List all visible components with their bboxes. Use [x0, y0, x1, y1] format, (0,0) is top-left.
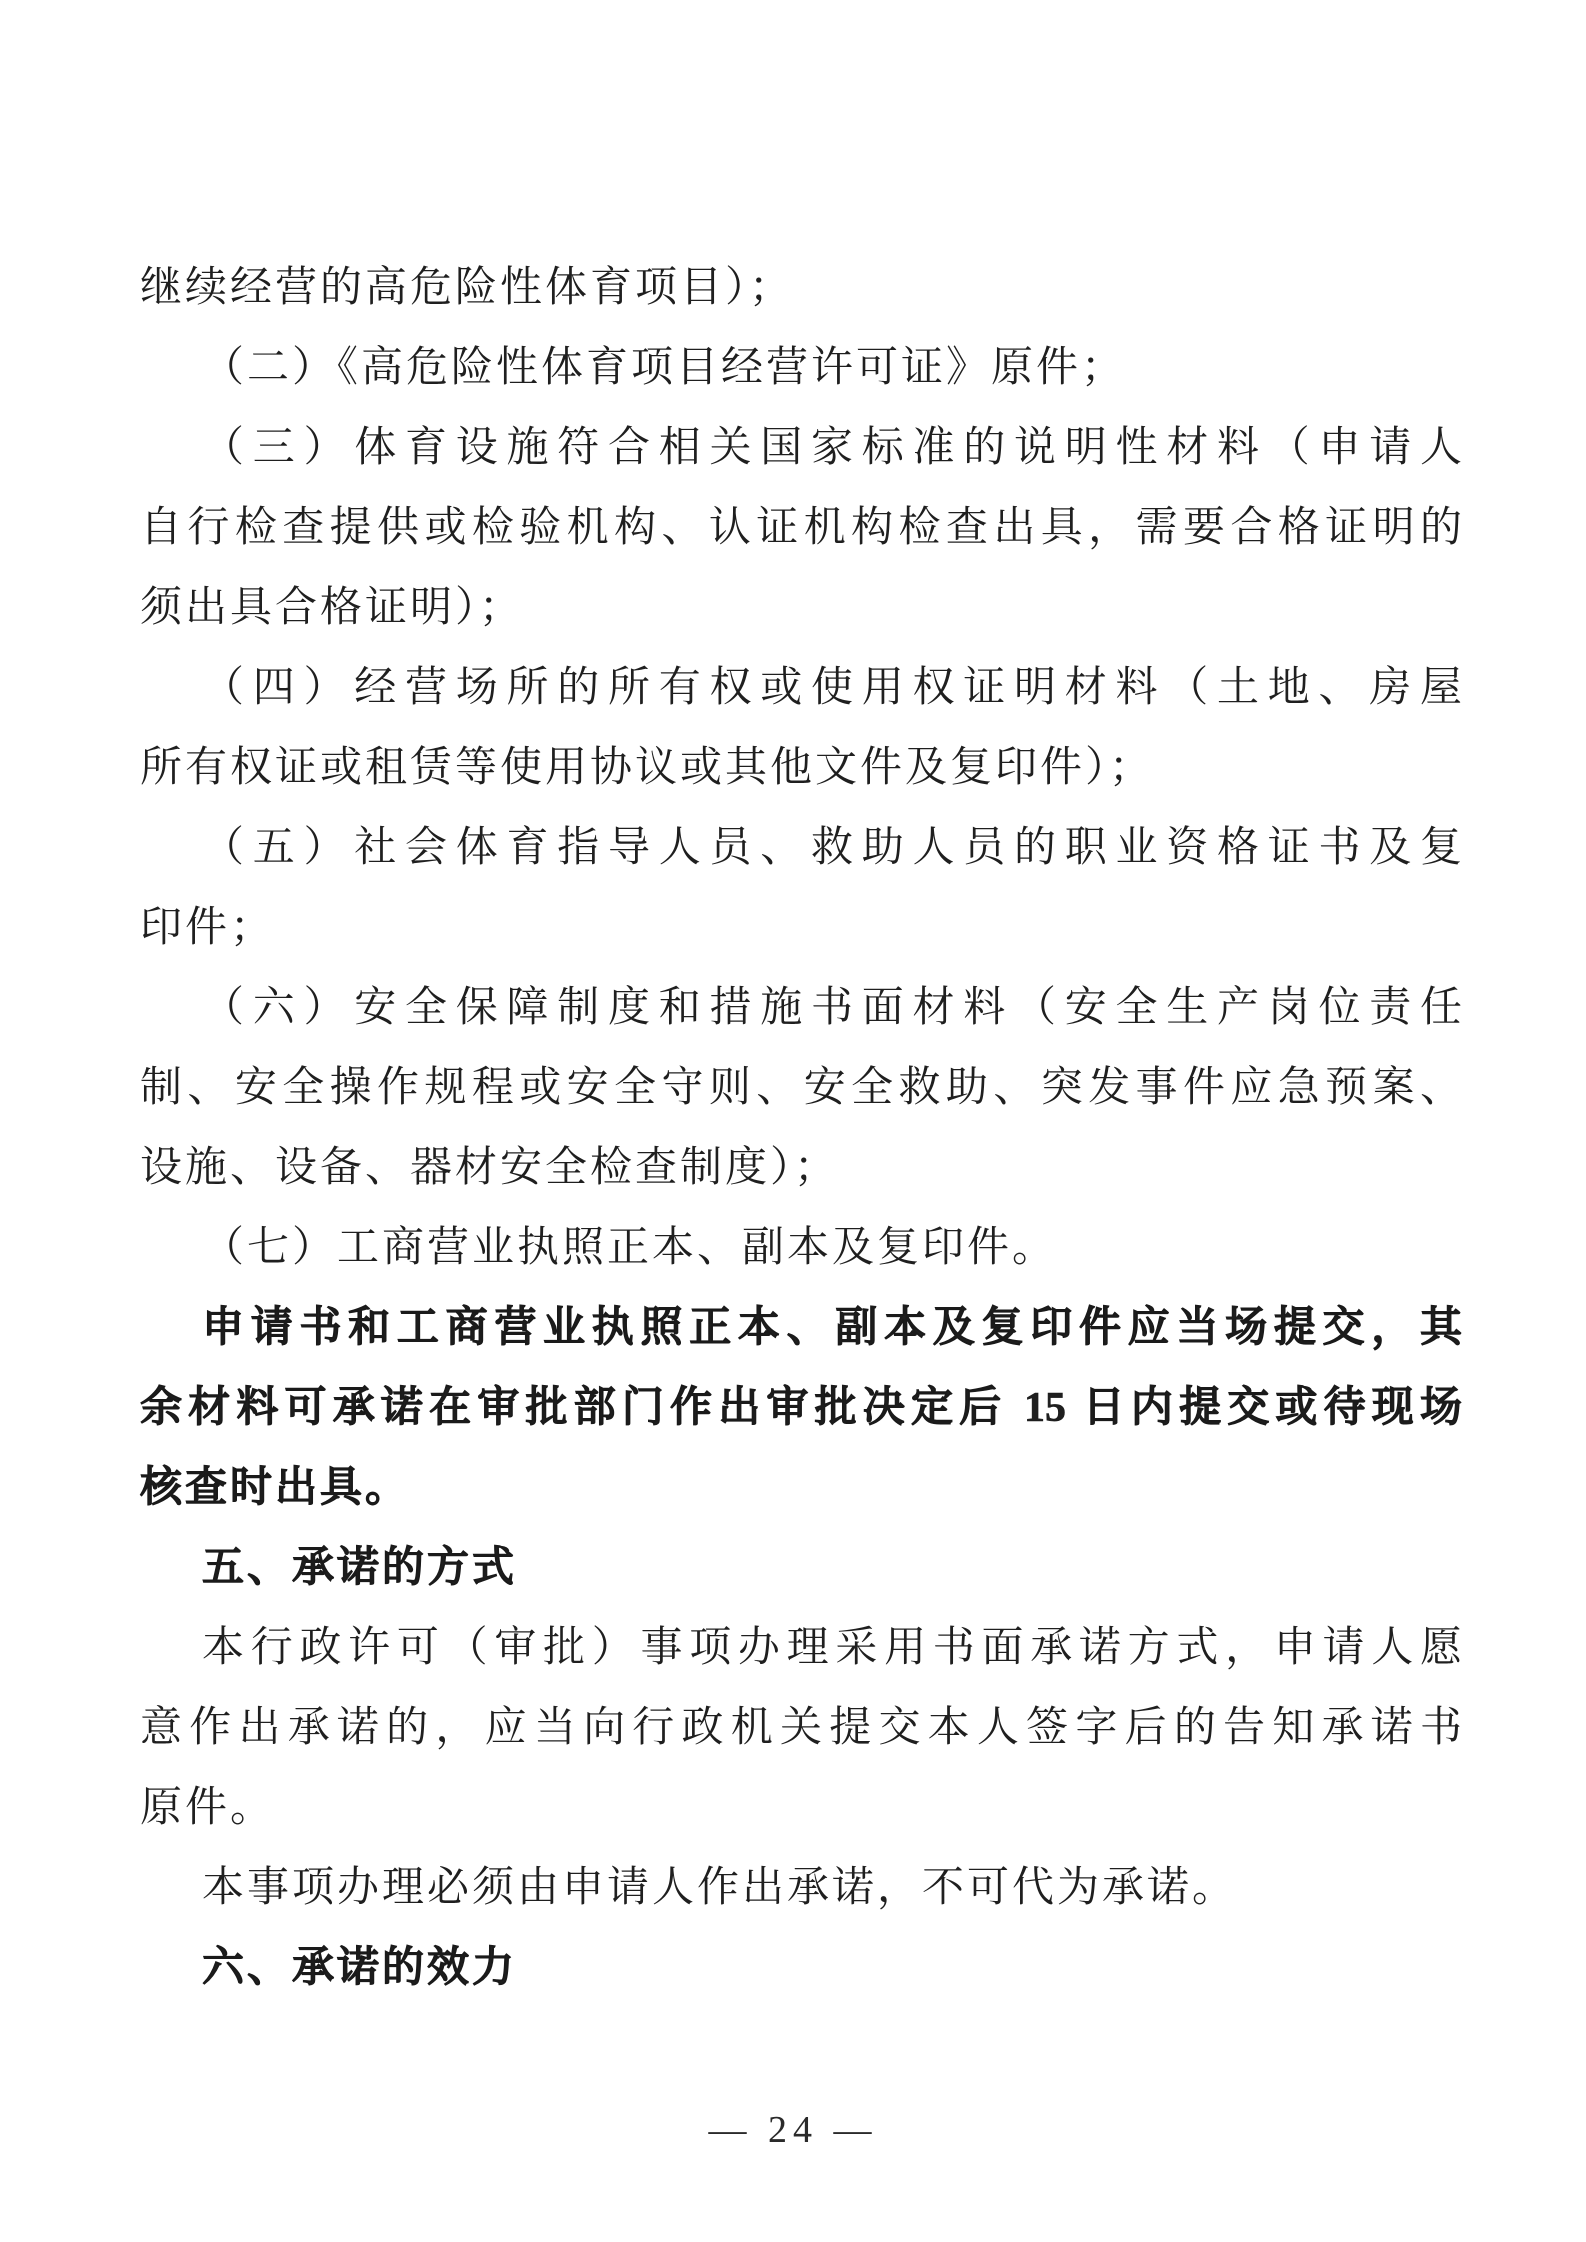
text-line: 制、安全操作规程或安全守则、安全救助、突发事件应急预案、	[140, 1048, 1462, 1128]
text-line: （六）安全保障制度和措施书面材料（安全生产岗位责任	[140, 968, 1462, 1048]
text-line: 本行政许可（审批）事项办理采用书面承诺方式，申请人愿	[140, 1608, 1462, 1688]
text-line: 设施、设备、器材安全检查制度）；	[140, 1128, 1462, 1208]
text-line: 须出具合格证明）；	[140, 568, 1462, 648]
text-line: 余材料可承诺在审批部门作出审批决定后 15 日内提交或待现场	[140, 1368, 1462, 1448]
text-line: 核查时出具。	[140, 1448, 1462, 1528]
text-line: 本事项办理必须由申请人作出承诺，不可代为承诺。	[140, 1848, 1462, 1928]
document-page: 继续经营的高危险性体育项目）；（二）《高危险性体育项目经营许可证》原件；（三）体…	[0, 0, 1586, 2242]
text-line: 印件；	[140, 888, 1462, 968]
section-heading: 六、承诺的效力	[140, 1928, 1462, 2008]
text-line: （五）社会体育指导人员、救助人员的职业资格证书及复	[140, 808, 1462, 888]
text-line: 继续经营的高危险性体育项目）；	[140, 248, 1462, 328]
text-line: 所有权证或租赁等使用协议或其他文件及复印件）；	[140, 728, 1462, 808]
text-line: 原件。	[140, 1768, 1462, 1848]
text-line: 意作出承诺的，应当向行政机关提交本人签字后的告知承诺书	[140, 1688, 1462, 1768]
text-line: 申请书和工商营业执照正本、副本及复印件应当场提交，其	[140, 1288, 1462, 1368]
text-line: （四）经营场所的所有权或使用权证明材料（土地、房屋	[140, 648, 1462, 728]
section-heading: 五、承诺的方式	[140, 1528, 1462, 1608]
document-body: 继续经营的高危险性体育项目）；（二）《高危险性体育项目经营许可证》原件；（三）体…	[140, 248, 1462, 2008]
text-line: 自行检查提供或检验机构、认证机构检查出具，需要合格证明的	[140, 488, 1462, 568]
page-number: — 24 —	[0, 2108, 1586, 2152]
text-line: （二）《高危险性体育项目经营许可证》原件；	[140, 328, 1462, 408]
text-line: （三）体育设施符合相关国家标准的说明性材料（申请人	[140, 408, 1462, 488]
text-line: （七）工商营业执照正本、副本及复印件。	[140, 1208, 1462, 1288]
